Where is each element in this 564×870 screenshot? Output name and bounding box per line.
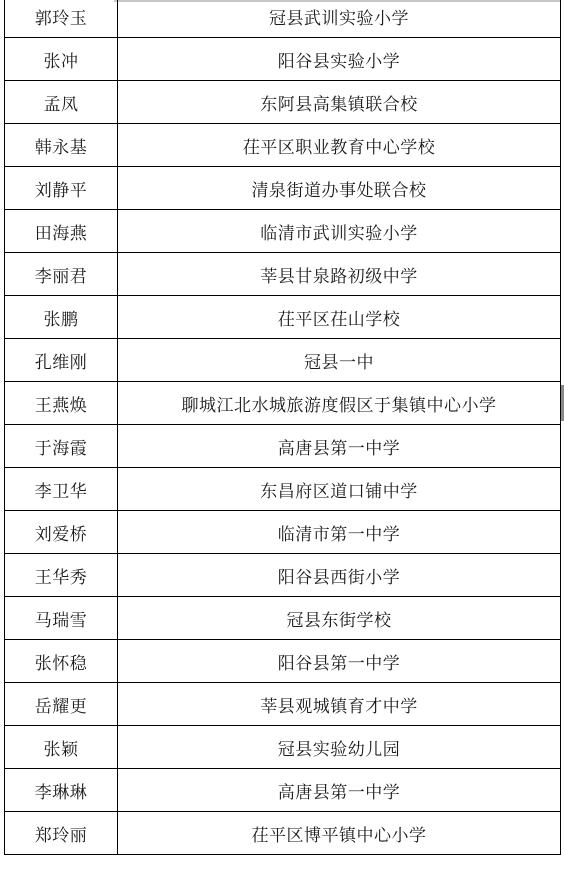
table-row: 李丽君莘县甘泉路初级中学: [5, 253, 561, 296]
school-cell: 茌平区职业教育中心学校: [118, 124, 561, 167]
school-cell: 阳谷县实验小学: [118, 38, 561, 81]
roster-table: 郭玲玉冠县武训实验小学 张冲阳谷县实验小学 孟凤东阿县高集镇联合校 韩永基茌平区…: [4, 0, 561, 855]
name-cell: 于海霞: [5, 425, 118, 468]
table-row: 张鹏茌平区茌山学校: [5, 296, 561, 339]
name-cell: 王燕焕: [5, 382, 118, 425]
school-cell: 阳谷县西街小学: [118, 554, 561, 597]
table-row: 韩永基茌平区职业教育中心学校: [5, 124, 561, 167]
roster-table-container: 郭玲玉冠县武训实验小学 张冲阳谷县实验小学 孟凤东阿县高集镇联合校 韩永基茌平区…: [4, 0, 561, 855]
table-row: 王燕焕聊城江北水城旅游度假区于集镇中心小学: [5, 382, 561, 425]
name-cell: 张鹏: [5, 296, 118, 339]
name-cell: 李卫华: [5, 468, 118, 511]
name-cell: 刘静平: [5, 167, 118, 210]
table-row: 孟凤东阿县高集镇联合校: [5, 81, 561, 124]
name-cell: 马瑞雪: [5, 597, 118, 640]
table-row: 李琳琳高唐县第一中学: [5, 769, 561, 812]
name-cell: 王华秀: [5, 554, 118, 597]
school-cell: 东昌府区道口铺中学: [118, 468, 561, 511]
name-cell: 李琳琳: [5, 769, 118, 812]
table-row: 郭玲玉冠县武训实验小学: [5, 0, 561, 38]
school-cell: 冠县东街学校: [118, 597, 561, 640]
name-cell: 李丽君: [5, 253, 118, 296]
school-cell: 临清市武训实验小学: [118, 210, 561, 253]
school-cell: 冠县武训实验小学: [118, 0, 561, 38]
school-cell: 高唐县第一中学: [118, 425, 561, 468]
name-cell: 岳耀更: [5, 683, 118, 726]
name-cell: 郭玲玉: [5, 0, 118, 38]
school-cell: 冠县一中: [118, 339, 561, 382]
table-row: 于海霞高唐县第一中学: [5, 425, 561, 468]
table-row: 田海燕临清市武训实验小学: [5, 210, 561, 253]
school-cell: 莘县观城镇育才中学: [118, 683, 561, 726]
school-cell: 临清市第一中学: [118, 511, 561, 554]
name-cell: 张颖: [5, 726, 118, 769]
school-cell: 高唐县第一中学: [118, 769, 561, 812]
table-row: 李卫华东昌府区道口铺中学: [5, 468, 561, 511]
school-cell: 阳谷县第一中学: [118, 640, 561, 683]
table-row: 王华秀阳谷县西街小学: [5, 554, 561, 597]
school-cell: 茌平区茌山学校: [118, 296, 561, 339]
name-cell: 韩永基: [5, 124, 118, 167]
school-cell: 冠县实验幼儿园: [118, 726, 561, 769]
table-row: 岳耀更莘县观城镇育才中学: [5, 683, 561, 726]
table-row: 张冲阳谷县实验小学: [5, 38, 561, 81]
name-cell: 孔维刚: [5, 339, 118, 382]
school-cell: 聊城江北水城旅游度假区于集镇中心小学: [118, 382, 561, 425]
table-row: 刘静平清泉街道办事处联合校: [5, 167, 561, 210]
name-cell: 郑玲丽: [5, 812, 118, 855]
school-cell: 清泉街道办事处联合校: [118, 167, 561, 210]
roster-table-body: 郭玲玉冠县武训实验小学 张冲阳谷县实验小学 孟凤东阿县高集镇联合校 韩永基茌平区…: [5, 0, 561, 855]
school-cell: 茌平区博平镇中心小学: [118, 812, 561, 855]
name-cell: 田海燕: [5, 210, 118, 253]
table-row: 刘爱桥临清市第一中学: [5, 511, 561, 554]
table-row: 孔维刚冠县一中: [5, 339, 561, 382]
table-row: 张怀稳阳谷县第一中学: [5, 640, 561, 683]
name-cell: 张冲: [5, 38, 118, 81]
table-row: 张颖冠县实验幼儿园: [5, 726, 561, 769]
table-row: 郑玲丽茌平区博平镇中心小学: [5, 812, 561, 855]
school-cell: 莘县甘泉路初级中学: [118, 253, 561, 296]
name-cell: 张怀稳: [5, 640, 118, 683]
school-cell: 东阿县高集镇联合校: [118, 81, 561, 124]
table-row: 马瑞雪冠县东街学校: [5, 597, 561, 640]
name-cell: 孟凤: [5, 81, 118, 124]
name-cell: 刘爱桥: [5, 511, 118, 554]
